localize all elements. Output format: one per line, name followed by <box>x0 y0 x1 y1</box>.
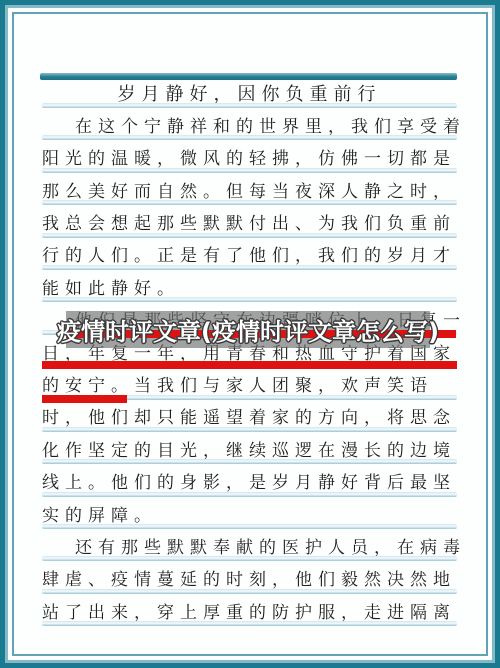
top-divider-bar <box>40 73 457 80</box>
notebook-line: 行的人们。正是有了他们，我们的岁月才 <box>42 238 457 270</box>
notebook-line: 站了出来，穿上厚重的防护服，走进隔离 <box>42 594 457 626</box>
line-text: 我总会想起那些默默付出、为我们负重前 <box>42 215 456 235</box>
notebook-line: 那么美好而自然。但每当夜深人静之时， <box>42 173 457 205</box>
notebook-line: 阳光的温暖，微风的轻拂，仿佛一切都是 <box>42 140 457 172</box>
article-image: 岁月静好，因你负重前行 在这个宁静祥和的世界里，我们享受着阳光的温暖，微风的轻拂… <box>0 0 500 668</box>
notebook-line: 能如此静好。 <box>42 270 457 302</box>
line-text: 时，他们却只能遥望着家的方向，将思念 <box>42 409 456 429</box>
notebook-lines: 在这个宁静祥和的世界里，我们享受着阳光的温暖，微风的轻拂，仿佛一切都是那么美好而… <box>42 108 457 626</box>
notebook-line: 在这个宁静祥和的世界里，我们享受着 <box>42 108 457 140</box>
line-text: 阳光的温暖，微风的轻拂，仿佛一切都是 <box>42 150 456 170</box>
essay-heading-row: 岁月静好，因你负重前行 <box>42 80 457 108</box>
notebook-line: 的安宁。当我们与家人团聚，欢声笑语 <box>42 367 457 399</box>
line-text: 线上。他们的身影，是岁月静好背后最坚 <box>42 474 456 494</box>
notebook-line: 还有那些默默奉献的医护人员，在病毒 <box>42 529 457 561</box>
rule-line <box>42 621 457 626</box>
notebook-line: 肆虐、疫情蔓延的时刻，他们毅然决然地 <box>42 561 457 593</box>
overlay-title: 疫情时评文章(疫情时评文章怎么写) <box>66 311 430 348</box>
notebook-line: 我总会想起那些默默付出、为我们负重前 <box>42 205 457 237</box>
notebook-line: 化作坚定的目光，继续巡逻在漫长的边境 <box>42 432 457 464</box>
notebook-line: 线上。他们的身影，是岁月静好背后最坚 <box>42 464 457 496</box>
notebook-line: 时，他们却只能遥望着家的方向，将思念 <box>42 400 457 432</box>
notebook-page: 岁月静好，因你负重前行 在这个宁静祥和的世界里，我们享受着阳光的温暖，微风的轻拂… <box>42 80 457 626</box>
notebook-line: 实的屏障。 <box>42 497 457 529</box>
line-text: 肆虐、疫情蔓延的时刻，他们毅然决然地 <box>42 571 456 591</box>
